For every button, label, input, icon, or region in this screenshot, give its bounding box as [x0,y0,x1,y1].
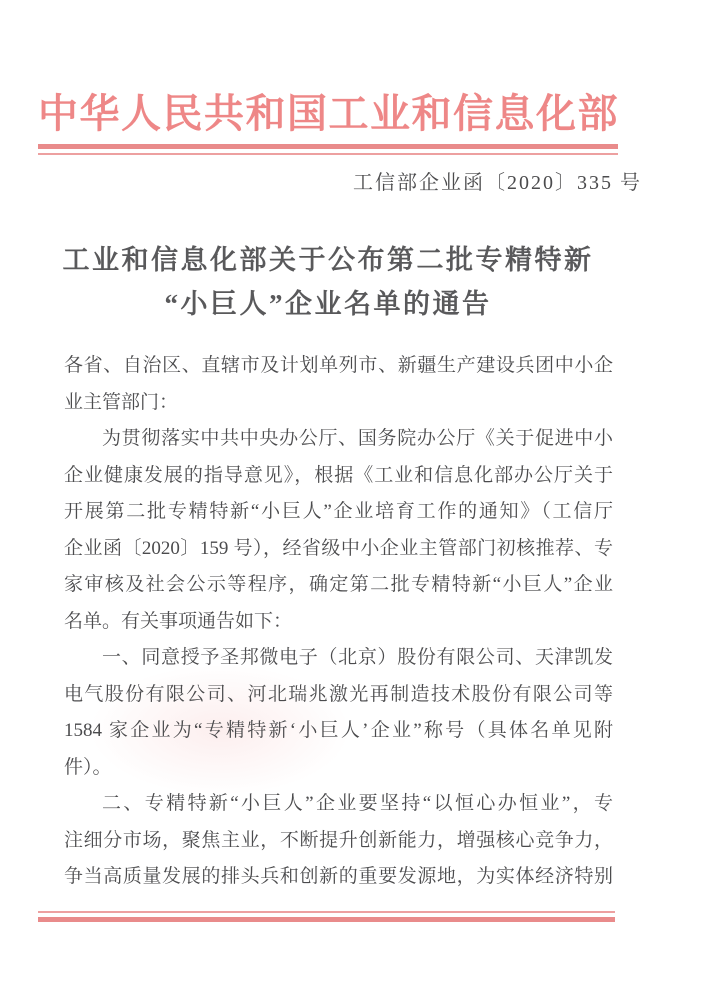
body-line: 名单。有关事项通告如下： [64,604,613,641]
notice-title-line1: 工业和信息化部关于公布第二批专精特新 [38,238,618,277]
body-line: 为贯彻落实中共中央办公厅、国务院办公厅《关于促进中小 [64,421,613,458]
body-line: 业主管部门： [64,385,613,422]
doc-number: 工信部企业函〔2020〕335 号 [38,166,642,195]
header-rule-thin [38,153,618,155]
footer-rule-thin [38,911,615,913]
body-line: 一、同意授予圣邦微电子（北京）股份有限公司、天津凯发 [64,640,613,677]
document-page: 中华人民共和国工业和信息化部 工信部企业函〔2020〕335 号 工业和信息化部… [0,0,705,998]
body-line: 争当高质量发展的排头兵和创新的重要发源地，为实体经济特别 [64,859,613,896]
body-text: 各省、自治区、直辖市及计划单列市、新疆生产建设兵团中小企业主管部门：为贯彻落实中… [64,348,613,896]
body-line: 开展第二批专精特新“小巨人”企业培育工作的通知》（工信厅 [64,494,613,531]
body-line: 电气股份有限公司、河北瑞兆激光再制造技术股份有限公司等 [64,677,613,714]
footer-rule-thick [38,917,615,922]
body-line: 企业函〔2020〕159 号），经省级中小企业主管部门初核推荐、专 [64,531,613,568]
notice-title-line2: “小巨人”企业名单的通告 [38,282,618,321]
body-line: 二、专精特新“小巨人”企业要坚持“以恒心办恒业”，专 [64,786,613,823]
body-line: 件）。 [64,750,613,787]
body-line: 1584 家企业为“专精特新‘小巨人’企业”称号（具体名单见附 [64,713,613,750]
body-line: 企业健康发展的指导意见》，根据《工业和信息化部办公厅关于 [64,458,613,495]
header-rule-thick [38,144,618,149]
body-line: 各省、自治区、直辖市及计划单列市、新疆生产建设兵团中小企 [64,348,613,385]
body-line: 注细分市场，聚焦主业，不断提升创新能力，增强核心竞争力， [64,823,613,860]
body-line: 家审核及社会公示等程序，确定第二批专精特新“小巨人”企业 [64,567,613,604]
agency-name: 中华人民共和国工业和信息化部 [38,82,618,139]
